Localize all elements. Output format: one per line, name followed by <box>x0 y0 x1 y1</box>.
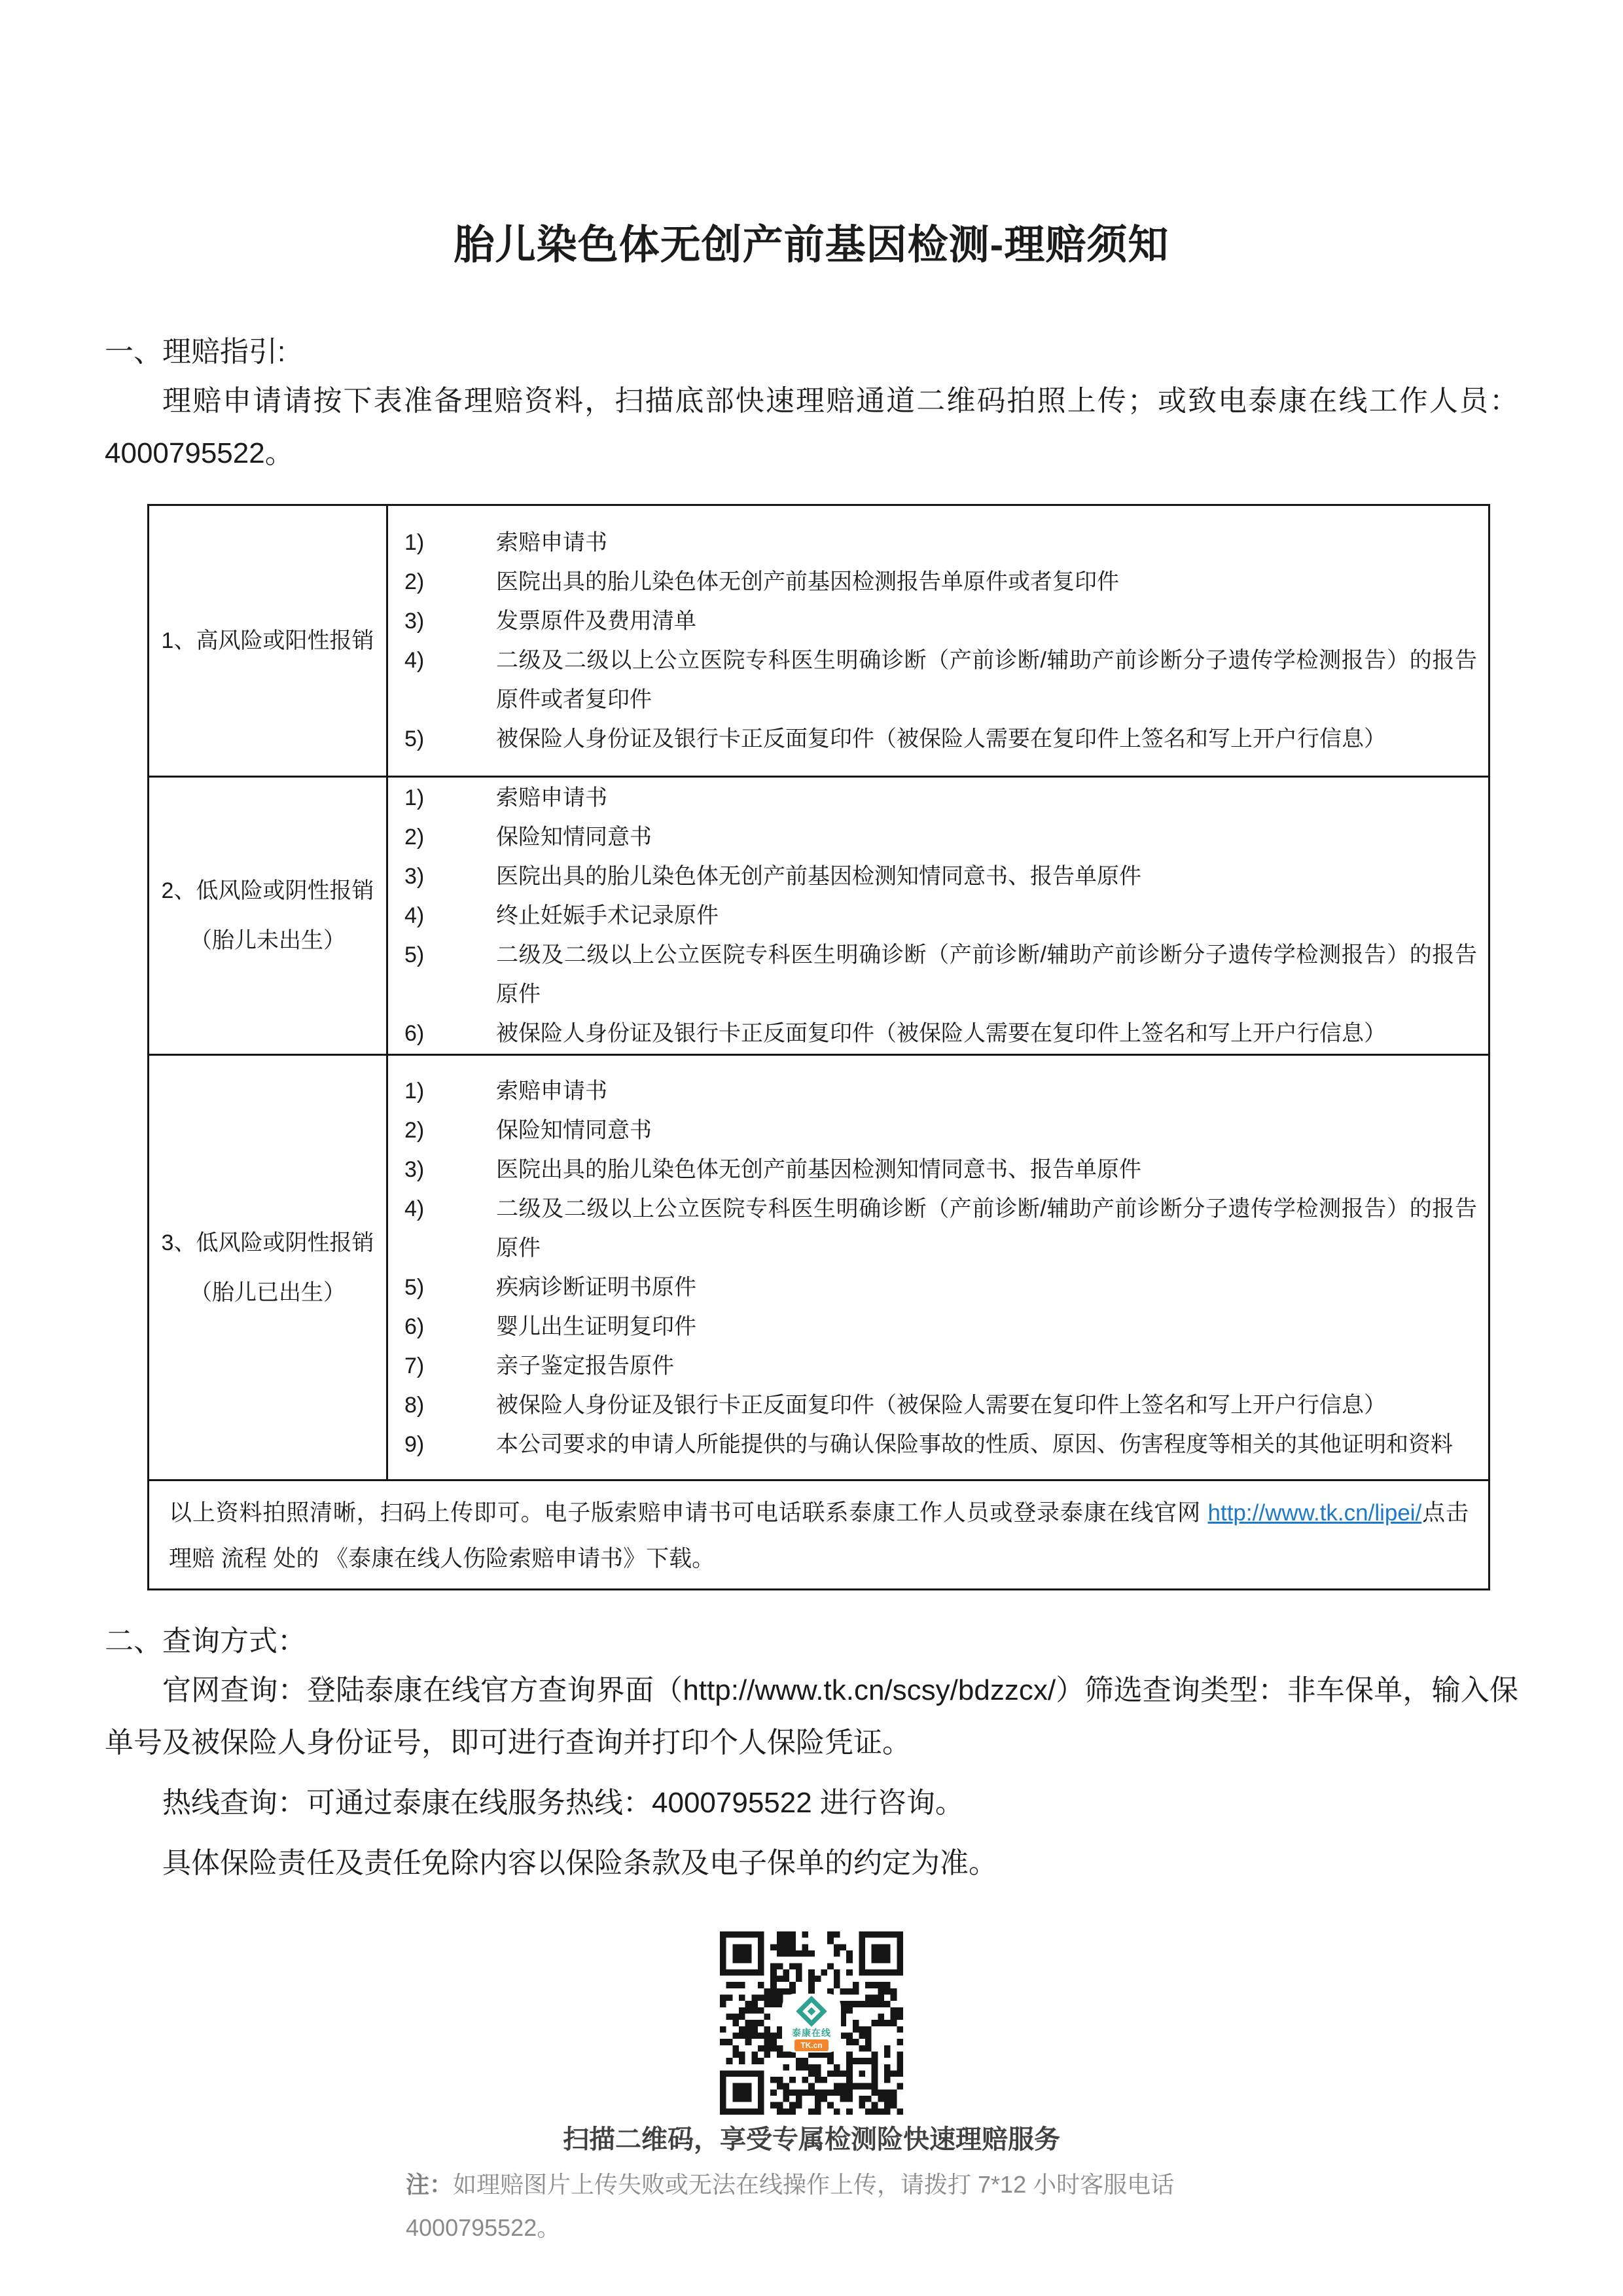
list-item-number: 1) <box>389 778 496 817</box>
list-item-number: 5) <box>389 935 496 1014</box>
list-item-text: 索赔申请书 <box>496 1071 1488 1111</box>
list-item-text: 婴儿出生证明复印件 <box>496 1307 1488 1346</box>
query-hotline-paragraph: 热线查询：可通过泰康在线服务热线：4000795522 进行咨询。 <box>105 1777 1518 1829</box>
list-item-number: 2) <box>389 562 496 601</box>
list-item-number: 5) <box>389 719 496 759</box>
list-item-text: 被保险人身份证及银行卡正反面复印件（被保险人需要在复印件上签名和写上开户行信息） <box>496 1014 1488 1053</box>
list-item-text: 本公司要求的申请人所能提供的与确认保险事故的性质、原因、伤害程度等相关的其他证明… <box>496 1425 1488 1464</box>
list-item-text: 被保险人身份证及银行卡正反面复印件（被保险人需要在复印件上签名和写上开户行信息） <box>496 1386 1488 1425</box>
query-web-paragraph: 官网查询：登陆泰康在线官方查询界面（http://www.tk.cn/scsy/… <box>105 1664 1518 1769</box>
list-item-text: 索赔申请书 <box>496 778 1488 817</box>
list-item-number: 3) <box>389 1150 496 1189</box>
list-item-number: 5) <box>389 1268 496 1307</box>
qr-caption: 扫描二维码，享受专属检测险快速理赔服务 <box>105 2121 1518 2158</box>
list-item-text: 医院出具的胎儿染色体无创产前基因检测知情同意书、报告单原件 <box>496 1150 1488 1189</box>
list-item-text: 终止妊娠手术记录原件 <box>496 896 1488 935</box>
footnote: 注：如理赔图片上传失败或无法在线操作上传，请拨打 7*12 小时客服电话 400… <box>406 2163 1217 2250</box>
row-label-cell: 1、高风险或阳性报销 <box>149 505 387 777</box>
qr-section: 泰康在线 TK.cn 扫描二维码，享受专属检测险快速理赔服务 注：如理赔图片上传… <box>105 1931 1518 2250</box>
list-item-text: 被保险人身份证及银行卡正反面复印件（被保险人需要在复印件上签名和写上开户行信息） <box>496 719 1488 759</box>
row-label-cell: 3、低风险或阴性报销 （胎儿已出生） <box>149 1055 387 1480</box>
list-item: 1) 索赔申请书 <box>389 778 1488 817</box>
list-item-number: 8) <box>389 1386 496 1425</box>
list-item-text: 保险知情同意书 <box>496 1111 1488 1150</box>
list-item-number: 4) <box>389 641 496 719</box>
footnote-label: 注： <box>406 2171 453 2198</box>
table-row-low-risk-unborn: 2、低风险或阴性报销 （胎儿未出生） 1) 索赔申请书 2) 保险知情同意书 3… <box>149 777 1489 1055</box>
row-items-cell: 1) 索赔申请书 2) 保险知情同意书 3) 医院出具的胎儿染色体无创产前基因检… <box>387 1055 1489 1480</box>
row-label: 2、低风险或阴性报销 <box>150 866 385 916</box>
list-item: 5) 疾病诊断证明书原件 <box>389 1268 1488 1307</box>
list-item: 4) 二级及二级以上公立医院专科医生明确诊断（产前诊断/辅助产前诊断分子遗传学检… <box>389 1189 1488 1268</box>
list-item-number: 6) <box>389 1014 496 1053</box>
section1-intro-paragraph: 理赔申请请按下表准备理赔资料，扫描底部快速理赔通道二维码拍照上传；或致电泰康在线… <box>105 375 1518 480</box>
list-item: 2) 保险知情同意书 <box>389 1111 1488 1150</box>
page-title: 胎儿染色体无创产前基因检测-理赔须知 <box>105 0 1518 266</box>
footnote-text: 如理赔图片上传失败或无法在线操作上传，请拨打 7*12 小时客服电话 40007… <box>406 2171 1174 2241</box>
table-footer-row: 以上资料拍照清晰，扫码上传即可。电子版索赔申请书可电话联系泰康工作人员或登录泰康… <box>149 1480 1489 1590</box>
document-page: 胎儿染色体无创产前基因检测-理赔须知 一、理赔指引: 理赔申请请按下表准备理赔资… <box>0 0 1623 2296</box>
table-row-high-risk: 1、高风险或阳性报销 1) 索赔申请书 2) 医院出具的胎儿染色体无创产前基因检… <box>149 505 1489 777</box>
table-row-low-risk-born: 3、低风险或阴性报销 （胎儿已出生） 1) 索赔申请书 2) 保险知情同意书 3… <box>149 1055 1489 1480</box>
footer-text-before: 以上资料拍照清晰，扫码上传即可。电子版索赔申请书可电话联系泰康工作人员或登录泰康… <box>169 1500 1208 1526</box>
list-item-number: 3) <box>389 601 496 641</box>
row-label: 3、低风险或阴性报销 <box>150 1218 385 1268</box>
list-item-text: 医院出具的胎儿染色体无创产前基因检测报告单原件或者复印件 <box>496 562 1488 601</box>
list-item-number: 1) <box>389 1071 496 1111</box>
list-item: 1) 索赔申请书 <box>389 523 1488 562</box>
document-list: 1) 索赔申请书 2) 保险知情同意书 3) 医院出具的胎儿染色体无创产前基因检… <box>389 1071 1488 1464</box>
list-item-number: 9) <box>389 1425 496 1464</box>
disclaimer-paragraph: 具体保险责任及责任免除内容以保险条款及电子保单的约定为准。 <box>105 1837 1518 1890</box>
list-item-text: 二级及二级以上公立医院专科医生明确诊断（产前诊断/辅助产前诊断分子遗传学检测报告… <box>496 935 1488 1014</box>
row-items-cell: 1) 索赔申请书 2) 保险知情同意书 3) 医院出具的胎儿染色体无创产前基因检… <box>387 777 1489 1055</box>
section2-heading: 二、查询方式： <box>105 1626 1518 1657</box>
list-item-text: 二级及二级以上公立医院专科医生明确诊断（产前诊断/辅助产前诊断分子遗传学检测报告… <box>496 1189 1488 1268</box>
document-list: 1) 索赔申请书 2) 医院出具的胎儿染色体无创产前基因检测报告单原件或者复印件… <box>389 523 1488 759</box>
row-sublabel: （胎儿未出生） <box>150 916 385 965</box>
row-items-cell: 1) 索赔申请书 2) 医院出具的胎儿染色体无创产前基因检测报告单原件或者复印件… <box>387 505 1489 777</box>
section1-heading: 一、理赔指引: <box>105 337 1518 367</box>
qr-code: 泰康在线 TK.cn <box>720 1931 903 2115</box>
list-item-number: 2) <box>389 1111 496 1150</box>
list-item: 1) 索赔申请书 <box>389 1071 1488 1111</box>
list-item: 3) 医院出具的胎儿染色体无创产前基因检测知情同意书、报告单原件 <box>389 1150 1488 1189</box>
list-item: 5) 二级及二级以上公立医院专科医生明确诊断（产前诊断/辅助产前诊断分子遗传学检… <box>389 935 1488 1014</box>
list-item-text: 发票原件及费用清单 <box>496 601 1488 641</box>
list-item-number: 2) <box>389 817 496 857</box>
list-item-number: 7) <box>389 1346 496 1386</box>
list-item: 9) 本公司要求的申请人所能提供的与确认保险事故的性质、原因、伤害程度等相关的其… <box>389 1425 1488 1464</box>
row-sublabel: （胎儿已出生） <box>150 1268 385 1318</box>
list-item: 4) 终止妊娠手术记录原件 <box>389 896 1488 935</box>
list-item-text: 保险知情同意书 <box>496 817 1488 857</box>
list-item-number: 3) <box>389 857 496 896</box>
claims-table: 1、高风险或阳性报销 1) 索赔申请书 2) 医院出具的胎儿染色体无创产前基因检… <box>147 504 1490 1590</box>
list-item: 6) 被保险人身份证及银行卡正反面复印件（被保险人需要在复印件上签名和写上开户行… <box>389 1014 1488 1053</box>
row-label-cell: 2、低风险或阴性报销 （胎儿未出生） <box>149 777 387 1055</box>
list-item: 4) 二级及二级以上公立医院专科医生明确诊断（产前诊断/辅助产前诊断分子遗传学检… <box>389 641 1488 719</box>
list-item: 8) 被保险人身份证及银行卡正反面复印件（被保险人需要在复印件上签名和写上开户行… <box>389 1386 1488 1425</box>
list-item-text: 医院出具的胎儿染色体无创产前基因检测知情同意书、报告单原件 <box>496 857 1488 896</box>
taikang-logo-text: 泰康在线 <box>792 2028 831 2038</box>
list-item-number: 4) <box>389 1189 496 1268</box>
document-list: 1) 索赔申请书 2) 保险知情同意书 3) 医院出具的胎儿染色体无创产前基因检… <box>389 778 1488 1053</box>
list-item: 3) 发票原件及费用清单 <box>389 601 1488 641</box>
list-item: 3) 医院出具的胎儿染色体无创产前基因检测知情同意书、报告单原件 <box>389 857 1488 896</box>
list-item: 2) 保险知情同意书 <box>389 817 1488 857</box>
list-item: 7) 亲子鉴定报告原件 <box>389 1346 1488 1386</box>
list-item-number: 6) <box>389 1307 496 1346</box>
tkcn-badge: TK.cn <box>794 2039 828 2051</box>
list-item: 2) 医院出具的胎儿染色体无创产前基因检测报告单原件或者复印件 <box>389 562 1488 601</box>
row-label: 1、高风险或阳性报销 <box>150 616 385 666</box>
list-item-number: 1) <box>389 523 496 562</box>
list-item: 6) 婴儿出生证明复印件 <box>389 1307 1488 1346</box>
lipei-link[interactable]: http://www.tk.cn/lipei/ <box>1208 1500 1422 1526</box>
list-item: 5) 被保险人身份证及银行卡正反面复印件（被保险人需要在复印件上签名和写上开户行… <box>389 719 1488 759</box>
list-item-number: 4) <box>389 896 496 935</box>
list-item-text: 索赔申请书 <box>496 523 1488 562</box>
list-item-text: 亲子鉴定报告原件 <box>496 1346 1488 1386</box>
qr-center-logo: 泰康在线 TK.cn <box>783 1995 840 2051</box>
taikang-logo-icon <box>720 1995 903 2028</box>
list-item-text: 二级及二级以上公立医院专科医生明确诊断（产前诊断/辅助产前诊断分子遗传学检测报告… <box>496 641 1488 719</box>
table-footer-cell: 以上资料拍照清晰，扫码上传即可。电子版索赔申请书可电话联系泰康工作人员或登录泰康… <box>149 1480 1489 1590</box>
list-item-text: 疾病诊断证明书原件 <box>496 1268 1488 1307</box>
page: { "title": "胎儿染色体无创产前基因检测-理赔须知", "sectio… <box>0 0 1623 2296</box>
